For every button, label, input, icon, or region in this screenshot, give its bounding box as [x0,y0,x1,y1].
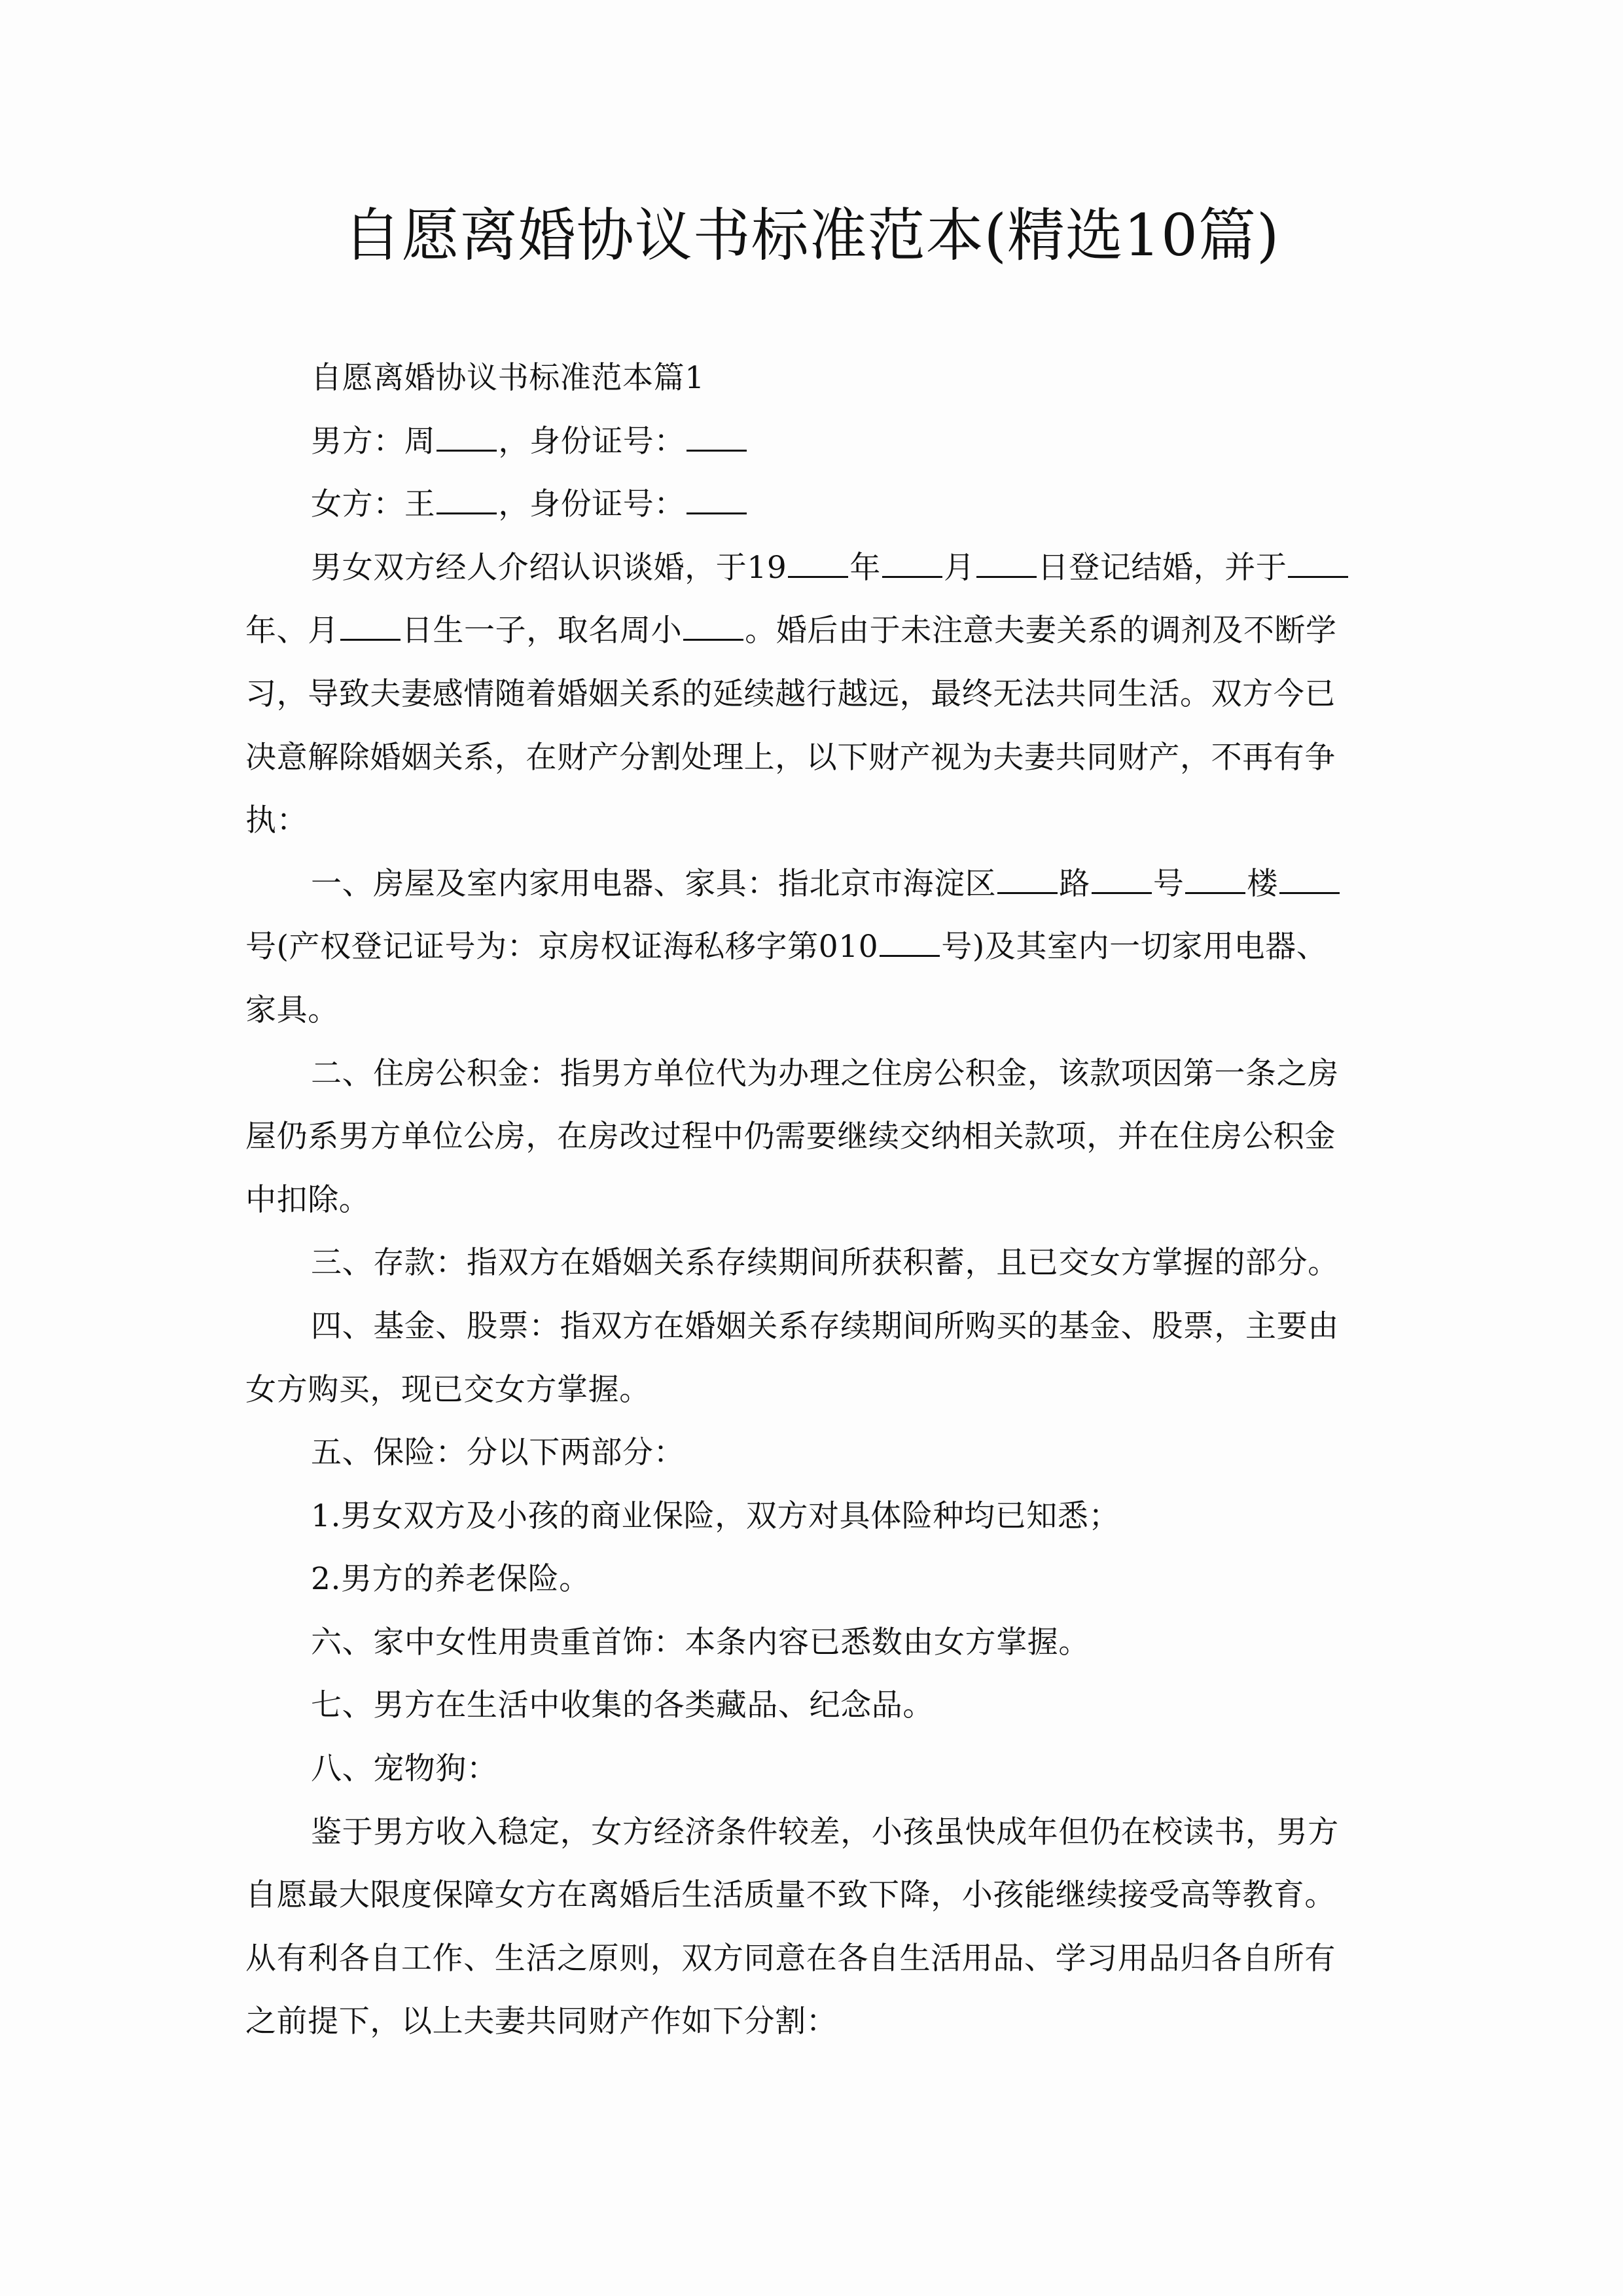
female-party-label: 女方：王 [311,486,435,522]
document-body: 自愿离婚协议书标准范本篇1 男方：周，身份证号： 女方：王，身份证号： 男女双方… [245,347,1384,2054]
intro-line-4: 决意解除婚姻关系，在财产分割处理上，以下财产视为夫妻共同财产，不再有争 [245,726,1384,790]
intro-line-1: 男女双方经人介绍认识谈婚，于19年月日登记结婚，并于 [245,537,1384,600]
blank-field [683,638,743,641]
blank-field [437,449,497,452]
document-title: 自愿离婚协议书标准范本(精选10篇) [0,196,1623,275]
item2-line-3: 中扣除。 [245,1169,1384,1232]
text-span: 月 [944,550,975,586]
blank-field [880,954,940,957]
closing-line-3: 从有利各自工作、生活之原则，双方同意在各自生活用品、学习用品归各自所有 [245,1928,1384,1991]
item2-line-1: 二、住房公积金：指男方单位代为办理之住房公积金，该款项因第一条之房 [245,1043,1384,1106]
blank-field [1288,575,1348,578]
item3-line-1: 三、存款：指双方在婚姻关系存续期间所获积蓄，且已交女方掌握的部分。 [245,1232,1384,1295]
item5-line-1: 五、保险：分以下两部分： [245,1422,1384,1485]
female-party-line: 女方：王，身份证号： [245,473,1384,537]
text-span: 楼 [1247,866,1278,902]
blank-field [882,575,942,578]
item1-line-3: 家具。 [245,979,1384,1043]
item1-line-1: 一、房屋及室内家用电器、家具：指北京市海淀区路号楼 [245,853,1384,916]
closing-line-1: 鉴于男方收入稳定，女方经济条件较差，小孩虽快成年但仍在校读书，男方 [245,1801,1384,1865]
section-heading: 自愿离婚协议书标准范本篇1 [245,347,1384,410]
blank-field [437,512,497,514]
item4-line-2: 女方购买，现已交女方掌握。 [245,1359,1384,1422]
text-span: 日生一子，取名周小 [402,613,682,649]
intro-line-3: 习，导致夫妻感情随着婚姻关系的延续越行越远，最终无法共同生活。双方今已 [245,663,1384,726]
male-party-label: 男方：周 [311,423,435,459]
text-span: 一、房屋及室内家用电器、家具：指北京市海淀区 [311,866,996,902]
blank-field [997,891,1058,894]
text-span: 号 [1153,866,1185,902]
item5-sub-1: 1.男女双方及小孩的商业保险，双方对具体险种均已知悉； [245,1485,1384,1549]
text-span: 号(产权登记证号为：京房权证海私移字第010 [245,929,878,965]
item1-line-2: 号(产权登记证号为：京房权证海私移字第010号)及其室内一切家用电器、 [245,916,1384,979]
blank-field [687,449,747,452]
text-span: 号)及其室内一切家用电器、 [941,929,1327,965]
item2-line-2: 屋仍系男方单位公房，在房改过程中仍需要继续交纳相关款项，并在住房公积金 [245,1105,1384,1169]
blank-field [687,512,747,514]
blank-field [788,575,848,578]
closing-line-2: 自愿最大限度保障女方在离婚后生活质量不致下降，小孩能继续接受高等教育。 [245,1864,1384,1928]
text-span: 年 [849,550,881,586]
male-party-line: 男方：周，身份证号： [245,410,1384,474]
document-page: 自愿离婚协议书标准范本(精选10篇) 自愿离婚协议书标准范本篇1 男方：周，身份… [0,0,1623,2296]
text-span: 。婚后由于未注意夫妻关系的调剂及不断学 [745,613,1336,649]
text-span: 男女双方经人介绍认识谈婚，于19 [311,550,787,586]
blank-field [976,575,1037,578]
female-id-label: ，身份证号： [498,486,685,522]
blank-field [1092,891,1152,894]
blank-field [1185,891,1245,894]
intro-line-2: 年、月日生一子，取名周小。婚后由于未注意夫妻关系的调剂及不断学 [245,600,1384,663]
item5-sub-2: 2.男方的养老保险。 [245,1548,1384,1611]
item6-line-1: 六、家中女性用贵重首饰：本条内容已悉数由女方掌握。 [245,1611,1384,1675]
blank-field [340,638,401,641]
intro-line-5: 执： [245,789,1384,853]
closing-line-4: 之前提下，以上夫妻共同财产作如下分割： [245,1990,1384,2054]
item8-line-1: 八、宠物狗： [245,1738,1384,1801]
blank-field [1279,891,1340,894]
item7-line-1: 七、男方在生活中收集的各类藏品、纪念品。 [245,1674,1384,1738]
text-span: 日登记结婚，并于 [1038,550,1287,586]
item4-line-1: 四、基金、股票：指双方在婚姻关系存续期间所购买的基金、股票，主要由 [245,1295,1384,1359]
male-id-label: ，身份证号： [498,423,685,459]
text-span: 路 [1059,866,1090,902]
text-span: 年、月 [245,613,339,649]
